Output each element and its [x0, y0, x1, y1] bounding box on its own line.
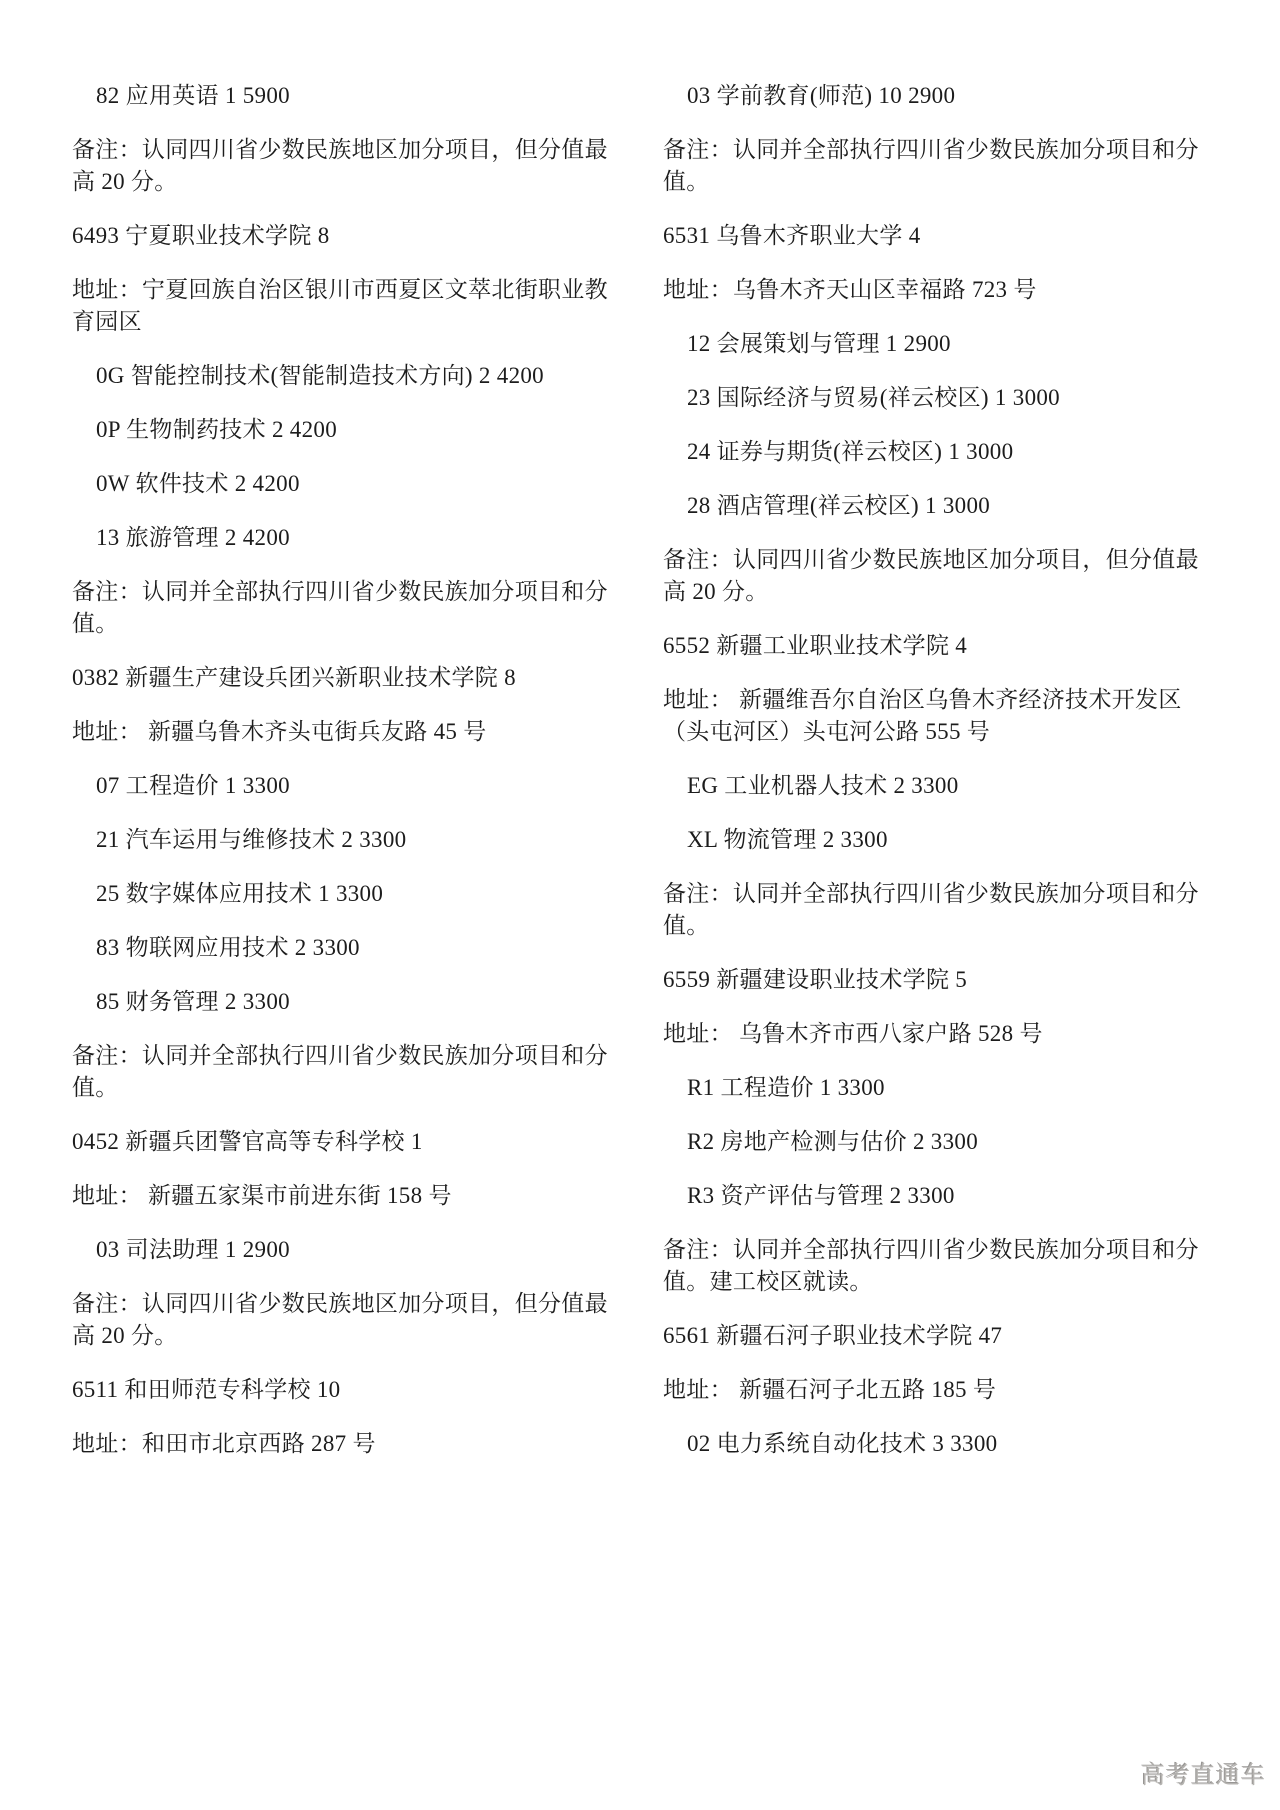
note-line: 备注：认同四川省少数民族地区加分项目，但分值最 高 20 分。: [72, 1288, 617, 1352]
program-line: 02 电力系统自动化技术 3 3300: [663, 1428, 1208, 1460]
program-line: 07 工程造价 1 3300: [72, 770, 617, 802]
program-line: 03 司法助理 1 2900: [72, 1234, 617, 1266]
address-line: 地址：乌鲁木齐天山区幸福路 723 号: [663, 274, 1208, 306]
address-line: 地址：和田市北京西路 287 号: [72, 1428, 617, 1460]
program-line: R1 工程造价 1 3300: [663, 1072, 1208, 1104]
program-line: 21 汽车运用与维修技术 2 3300: [72, 824, 617, 856]
address-line: 地址： 乌鲁木齐市西八家户路 528 号: [663, 1018, 1208, 1050]
program-line: 23 国际经济与贸易(祥云校区) 1 3000: [663, 382, 1208, 414]
address-line: 地址： 新疆乌鲁木齐头屯街兵友路 45 号: [72, 716, 617, 748]
note-line: 备注：认同并全部执行四川省少数民族加分项目和分 值。: [72, 1040, 617, 1104]
text-column-left: 82 应用英语 1 5900备注：认同四川省少数民族地区加分项目，但分值最 高 …: [72, 80, 617, 1482]
school-line: 6561 新疆石河子职业技术学院 47: [663, 1320, 1208, 1352]
program-line: 25 数字媒体应用技术 1 3300: [72, 878, 617, 910]
address-line: 地址：宁夏回族自治区银川市西夏区文萃北街职业教 育园区: [72, 274, 617, 338]
program-line: 0G 智能控制技术(智能制造技术方向) 2 4200: [72, 360, 617, 392]
school-line: 6552 新疆工业职业技术学院 4: [663, 630, 1208, 662]
program-line: 82 应用英语 1 5900: [72, 80, 617, 112]
program-line: 03 学前教育(师范) 10 2900: [663, 80, 1208, 112]
program-line: R2 房地产检测与估价 2 3300: [663, 1126, 1208, 1158]
program-line: 24 证券与期货(祥云校区) 1 3000: [663, 436, 1208, 468]
document-page: 82 应用英语 1 5900备注：认同四川省少数民族地区加分项目，但分值最 高 …: [0, 0, 1280, 1482]
school-line: 6511 和田师范专科学校 10: [72, 1374, 617, 1406]
watermark: 高考直通车: [1141, 1762, 1266, 1790]
school-line: 6493 宁夏职业技术学院 8: [72, 220, 617, 252]
school-line: 0382 新疆生产建设兵团兴新职业技术学院 8: [72, 662, 617, 694]
note-line: 备注：认同并全部执行四川省少数民族加分项目和分 值。: [72, 576, 617, 640]
note-line: 备注：认同并全部执行四川省少数民族加分项目和分 值。: [663, 134, 1208, 198]
program-line: 12 会展策划与管理 1 2900: [663, 328, 1208, 360]
program-line: 85 财务管理 2 3300: [72, 986, 617, 1018]
address-line: 地址： 新疆石河子北五路 185 号: [663, 1374, 1208, 1406]
program-line: 0W 软件技术 2 4200: [72, 468, 617, 500]
program-line: 0P 生物制药技术 2 4200: [72, 414, 617, 446]
program-line: EG 工业机器人技术 2 3300: [663, 770, 1208, 802]
note-line: 备注：认同并全部执行四川省少数民族加分项目和分 值。: [663, 878, 1208, 942]
note-line: 备注：认同并全部执行四川省少数民族加分项目和分 值。建工校区就读。: [663, 1234, 1208, 1298]
school-line: 0452 新疆兵团警官高等专科学校 1: [72, 1126, 617, 1158]
note-line: 备注：认同四川省少数民族地区加分项目，但分值最 高 20 分。: [663, 544, 1208, 608]
program-line: 13 旅游管理 2 4200: [72, 522, 617, 554]
school-line: 6559 新疆建设职业技术学院 5: [663, 964, 1208, 996]
text-column-right: 03 学前教育(师范) 10 2900备注：认同并全部执行四川省少数民族加分项目…: [663, 80, 1208, 1482]
address-line: 地址： 新疆五家渠市前进东街 158 号: [72, 1180, 617, 1212]
address-line: 地址： 新疆维吾尔自治区乌鲁木齐经济技术开发区 （头屯河区）头屯河公路 555 …: [663, 684, 1208, 748]
program-line: R3 资产评估与管理 2 3300: [663, 1180, 1208, 1212]
school-line: 6531 乌鲁木齐职业大学 4: [663, 220, 1208, 252]
program-line: 83 物联网应用技术 2 3300: [72, 932, 617, 964]
program-line: 28 酒店管理(祥云校区) 1 3000: [663, 490, 1208, 522]
program-line: XL 物流管理 2 3300: [663, 824, 1208, 856]
note-line: 备注：认同四川省少数民族地区加分项目，但分值最 高 20 分。: [72, 134, 617, 198]
